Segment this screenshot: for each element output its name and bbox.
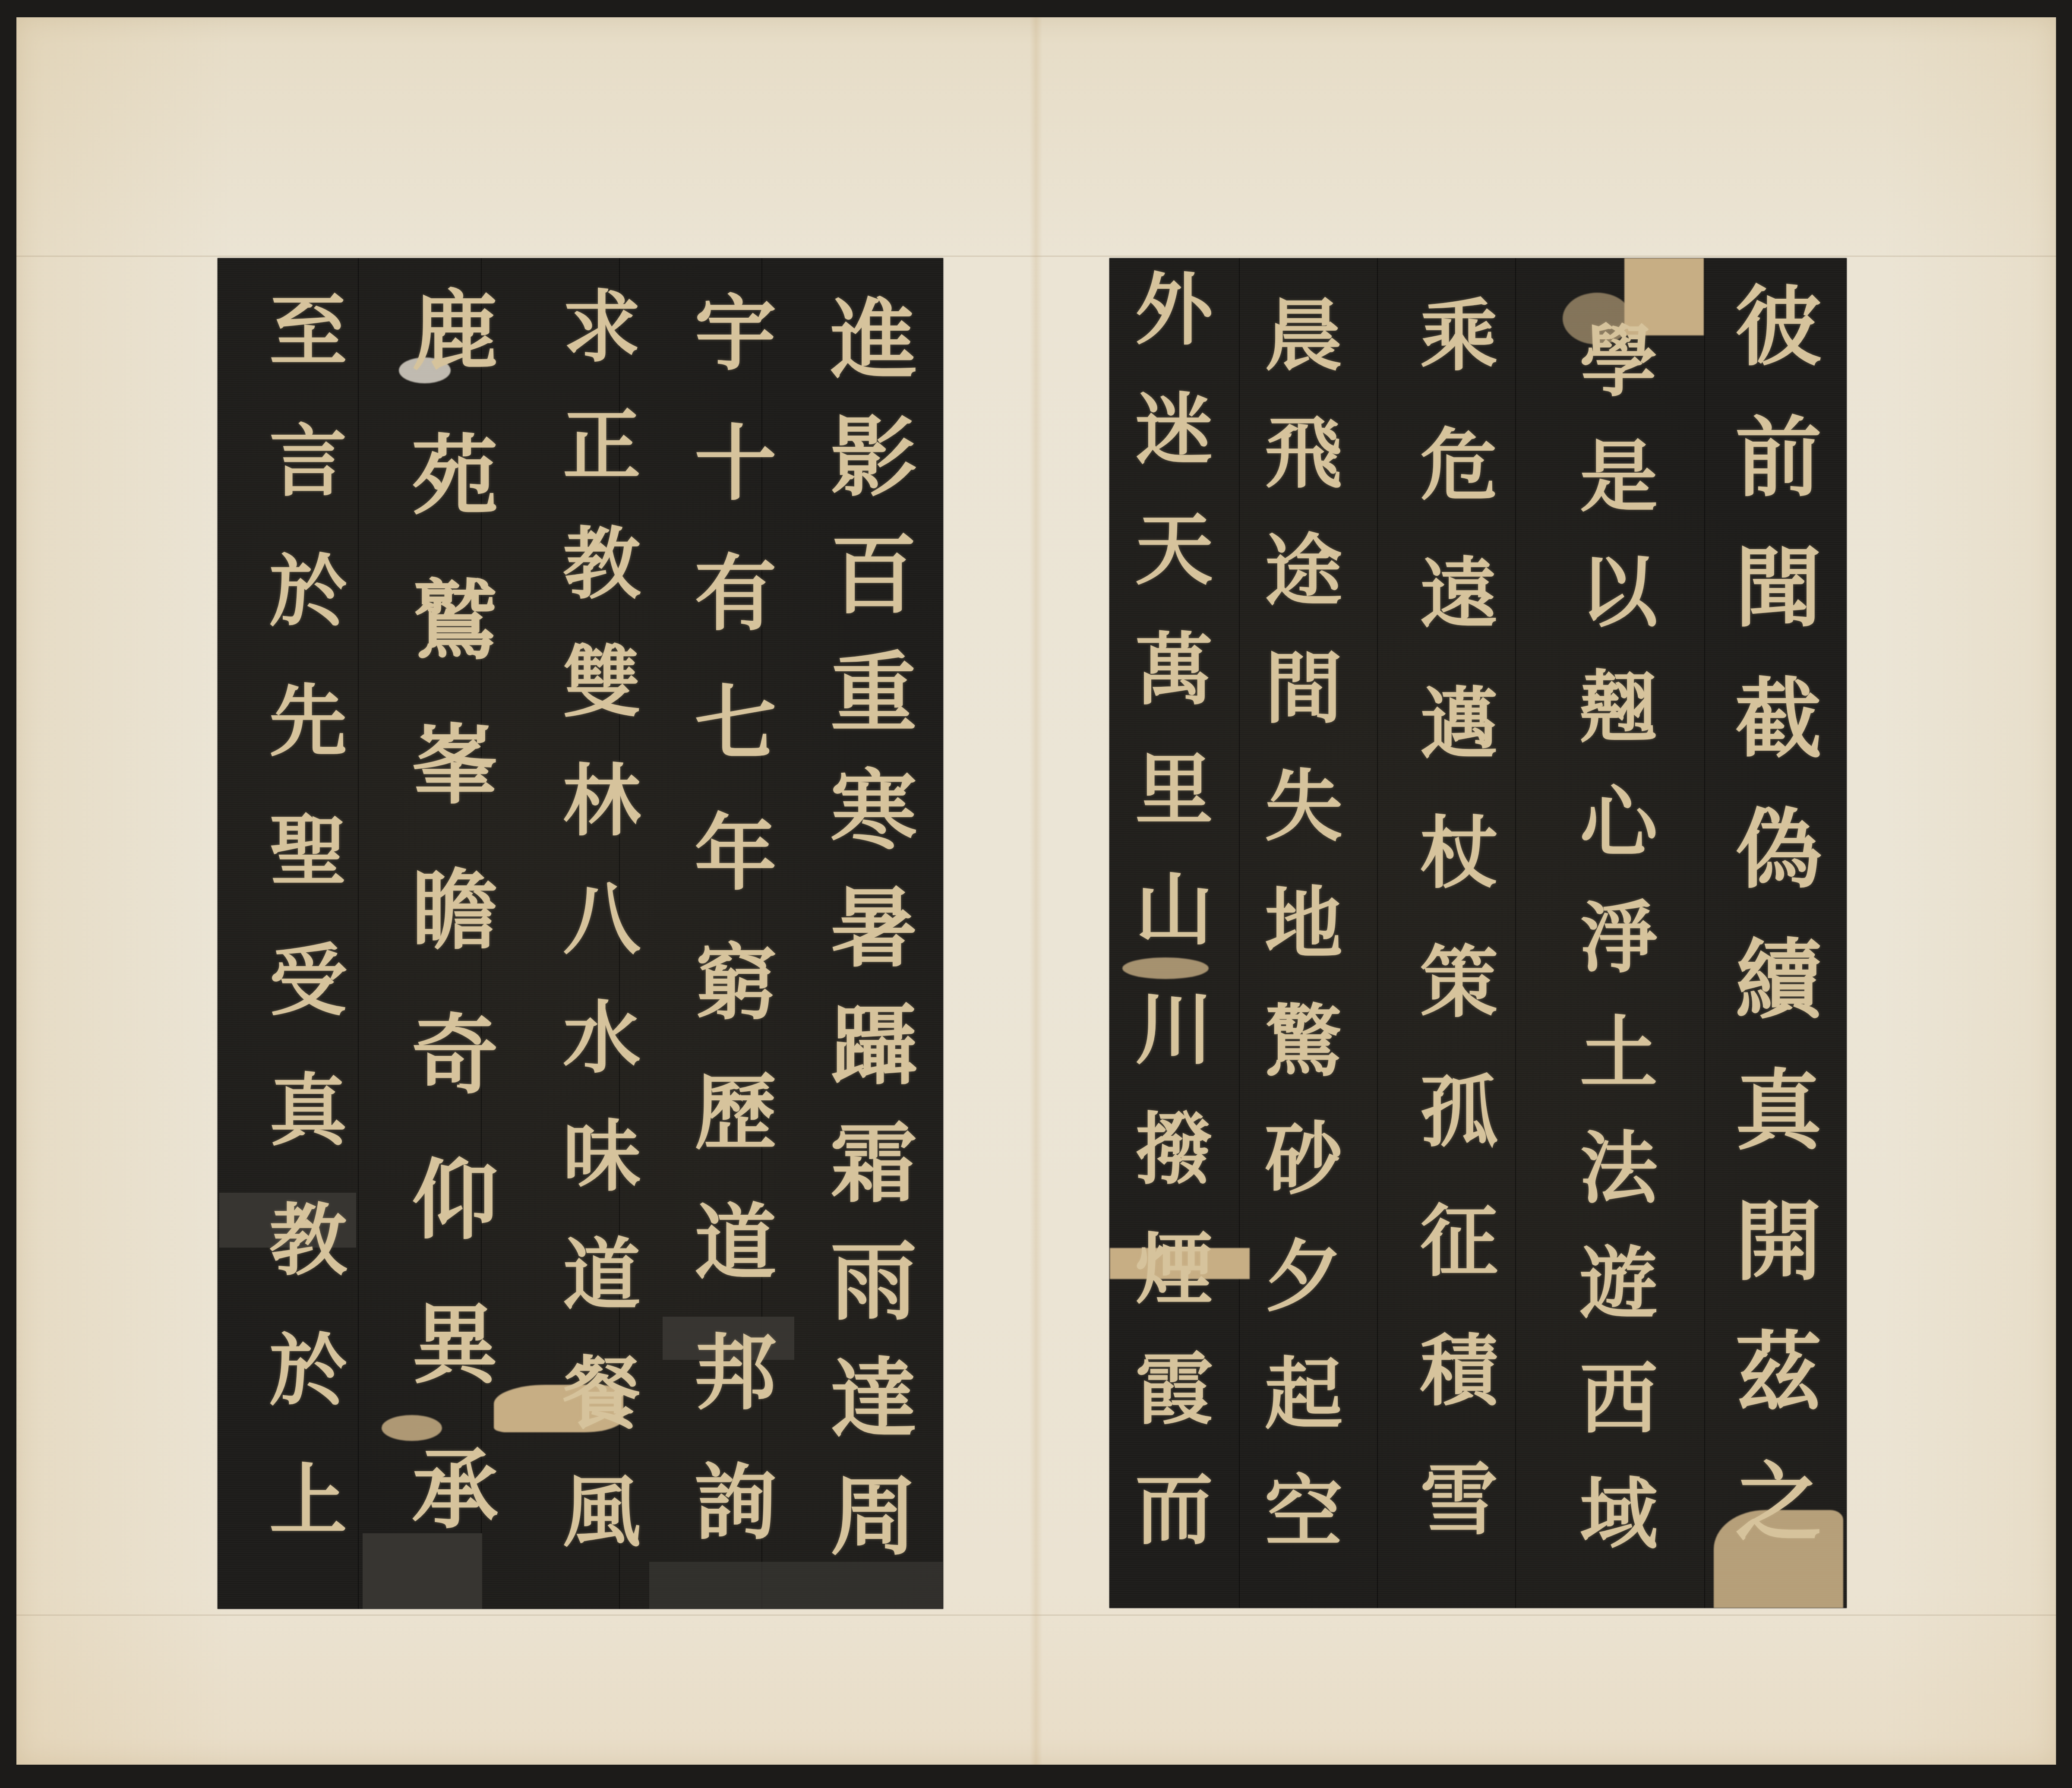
calligraphy-character: 煙 <box>1135 1231 1213 1351</box>
calligraphy-character: 前 <box>1735 415 1822 546</box>
calligraphy-character: 教 <box>269 1202 347 1332</box>
calligraphy-character: 遠 <box>1420 556 1498 685</box>
right-column-2: 學是以翹心淨土法遊西域 <box>1554 258 1683 1608</box>
calligraphy-character: 截 <box>1735 676 1822 807</box>
calligraphy-character: 影 <box>831 415 917 533</box>
calligraphy-character: 邁 <box>1420 685 1498 815</box>
calligraphy-character: 水 <box>563 999 641 1118</box>
calligraphy-character: 瞻 <box>412 868 498 1012</box>
calligraphy-character: 途 <box>1265 532 1342 650</box>
left-column-3: 求正教雙林八水味道餐風 <box>537 258 666 1609</box>
calligraphy-character: 夕 <box>1265 1238 1342 1355</box>
right-column-5: 外迷天萬里山川撥煙霞而 <box>1109 258 1239 1608</box>
calligraphy-character: 驚 <box>1265 1003 1342 1120</box>
calligraphy-character: 寒 <box>831 768 917 886</box>
calligraphy-character: 迷 <box>1135 391 1213 511</box>
calligraphy-character: 年 <box>695 812 777 942</box>
calligraphy-character: 至 <box>269 293 347 423</box>
calligraphy-character: 鹿 <box>412 288 498 433</box>
calligraphy-character: 開 <box>1735 1199 1822 1330</box>
calligraphy-character: 真 <box>1735 1068 1822 1199</box>
left-column-2: 宇十有七年窮歷道邦詢 <box>671 258 800 1609</box>
right-page-rubbing: 彼前聞截偽續真開茲之 學是以翹心淨土法遊西域 乘危遠邁杖策孤征積雪 晨飛途間失地… <box>1109 258 1847 1608</box>
calligraphy-character: 異 <box>412 1302 498 1447</box>
calligraphy-character: 續 <box>1735 937 1822 1068</box>
strip-seam <box>1377 258 1378 1608</box>
right-column-1: 彼前聞截偽續真開茲之 <box>1714 258 1843 1608</box>
calligraphy-character: 而 <box>1135 1471 1213 1591</box>
calligraphy-character: 萬 <box>1135 631 1213 751</box>
calligraphy-character: 山 <box>1135 871 1213 991</box>
calligraphy-character: 霞 <box>1135 1351 1213 1471</box>
paper-stain <box>1883 17 2056 1765</box>
calligraphy-character: 達 <box>831 1356 917 1474</box>
calligraphy-character: 法 <box>1580 1130 1658 1245</box>
calligraphy-character: 間 <box>1265 650 1342 767</box>
calligraphy-character: 飛 <box>1265 414 1342 532</box>
calligraphy-character: 仰 <box>412 1157 498 1302</box>
right-column-4: 晨飛途間失地驚砂夕起空 <box>1239 258 1368 1608</box>
calligraphy-character: 西 <box>1580 1360 1658 1475</box>
calligraphy-character: 心 <box>1580 784 1658 899</box>
left-page-rubbing: 進影百重寒暑躡霜雨達周 宇十有七年窮歷道邦詢 求正教雙林八水味道餐風 鹿苑鷲峯瞻… <box>218 258 943 1609</box>
calligraphy-character: 聞 <box>1735 545 1822 676</box>
calligraphy-character: 於 <box>269 1332 347 1462</box>
calligraphy-character: 味 <box>563 1118 641 1236</box>
left-column-1: 進影百重寒暑躡霜雨達周 <box>809 258 938 1609</box>
calligraphy-character: 風 <box>563 1473 641 1592</box>
calligraphy-character: 地 <box>1265 885 1342 1002</box>
calligraphy-character: 餐 <box>563 1355 641 1473</box>
right-column-3: 乘危遠邁杖策孤征積雪 <box>1394 258 1524 1608</box>
calligraphy-character: 外 <box>1135 271 1213 391</box>
calligraphy-character: 先 <box>269 682 347 812</box>
calligraphy-character: 峯 <box>412 723 498 867</box>
calligraphy-character: 百 <box>831 532 917 650</box>
calligraphy-character: 茲 <box>1735 1330 1822 1460</box>
calligraphy-character: 教 <box>563 525 641 644</box>
calligraphy-character: 天 <box>1135 511 1213 631</box>
center-fold <box>1030 17 1042 1765</box>
calligraphy-character: 積 <box>1420 1332 1498 1462</box>
calligraphy-character: 砂 <box>1265 1120 1342 1238</box>
calligraphy-character: 學 <box>1580 323 1658 438</box>
paper-stain <box>16 17 232 1765</box>
calligraphy-character: 重 <box>831 650 917 768</box>
calligraphy-character: 窮 <box>695 942 777 1072</box>
calligraphy-character: 林 <box>563 762 641 881</box>
calligraphy-character: 七 <box>695 682 777 812</box>
calligraphy-character: 是 <box>1580 438 1658 553</box>
calligraphy-character: 受 <box>269 942 347 1072</box>
calligraphy-character: 征 <box>1420 1203 1498 1332</box>
calligraphy-character: 乘 <box>1420 297 1498 426</box>
calligraphy-character: 偽 <box>1735 807 1822 938</box>
calligraphy-character: 暑 <box>831 885 917 1003</box>
calligraphy-character: 聖 <box>269 812 347 942</box>
calligraphy-character: 於 <box>269 553 347 682</box>
calligraphy-character: 真 <box>269 1072 347 1202</box>
left-column-5: 至言於先聖受真教於上 <box>243 258 373 1609</box>
calligraphy-character: 宇 <box>695 293 777 423</box>
calligraphy-character: 雙 <box>563 644 641 762</box>
calligraphy-character: 遊 <box>1580 1245 1658 1360</box>
calligraphy-character: 淨 <box>1580 899 1658 1014</box>
calligraphy-character: 承 <box>412 1447 498 1592</box>
calligraphy-character: 起 <box>1265 1355 1342 1473</box>
calligraphy-character: 道 <box>563 1236 641 1355</box>
calligraphy-character: 策 <box>1420 944 1498 1073</box>
calligraphy-character: 域 <box>1580 1475 1658 1591</box>
calligraphy-character: 雪 <box>1420 1461 1498 1591</box>
calligraphy-character: 有 <box>695 553 777 682</box>
calligraphy-character: 杖 <box>1420 815 1498 944</box>
calligraphy-character: 道 <box>695 1202 777 1332</box>
calligraphy-character: 之 <box>1735 1460 1822 1591</box>
calligraphy-character: 躡 <box>831 1003 917 1121</box>
calligraphy-character: 里 <box>1135 751 1213 871</box>
calligraphy-character: 詢 <box>695 1462 777 1592</box>
calligraphy-character: 鷲 <box>412 578 498 723</box>
calligraphy-character: 求 <box>563 288 641 407</box>
calligraphy-character: 彼 <box>1735 284 1822 415</box>
calligraphy-character: 翹 <box>1580 669 1658 784</box>
calligraphy-character: 上 <box>269 1462 347 1592</box>
calligraphy-character: 正 <box>563 407 641 525</box>
strip-seam <box>1704 258 1705 1608</box>
calligraphy-character: 失 <box>1265 768 1342 885</box>
calligraphy-character: 言 <box>269 423 347 553</box>
calligraphy-character: 歷 <box>695 1072 777 1202</box>
calligraphy-character: 邦 <box>695 1332 777 1462</box>
calligraphy-character: 周 <box>831 1474 917 1592</box>
calligraphy-character: 苑 <box>412 433 498 578</box>
calligraphy-character: 孤 <box>1420 1073 1498 1203</box>
calligraphy-character: 土 <box>1580 1014 1658 1130</box>
calligraphy-character: 十 <box>695 423 777 553</box>
calligraphy-character: 晨 <box>1265 297 1342 414</box>
calligraphy-character: 進 <box>831 297 917 415</box>
calligraphy-character: 空 <box>1265 1473 1342 1591</box>
calligraphy-character: 雨 <box>831 1238 917 1356</box>
calligraphy-character: 撥 <box>1135 1111 1213 1231</box>
left-column-4: 鹿苑鷲峯瞻奇仰異承 <box>390 258 520 1609</box>
calligraphy-character: 奇 <box>412 1012 498 1157</box>
calligraphy-character: 危 <box>1420 426 1498 556</box>
calligraphy-character: 川 <box>1135 991 1213 1111</box>
calligraphy-character: 以 <box>1580 553 1658 669</box>
calligraphy-character: 八 <box>563 881 641 999</box>
calligraphy-character: 霜 <box>831 1121 917 1238</box>
